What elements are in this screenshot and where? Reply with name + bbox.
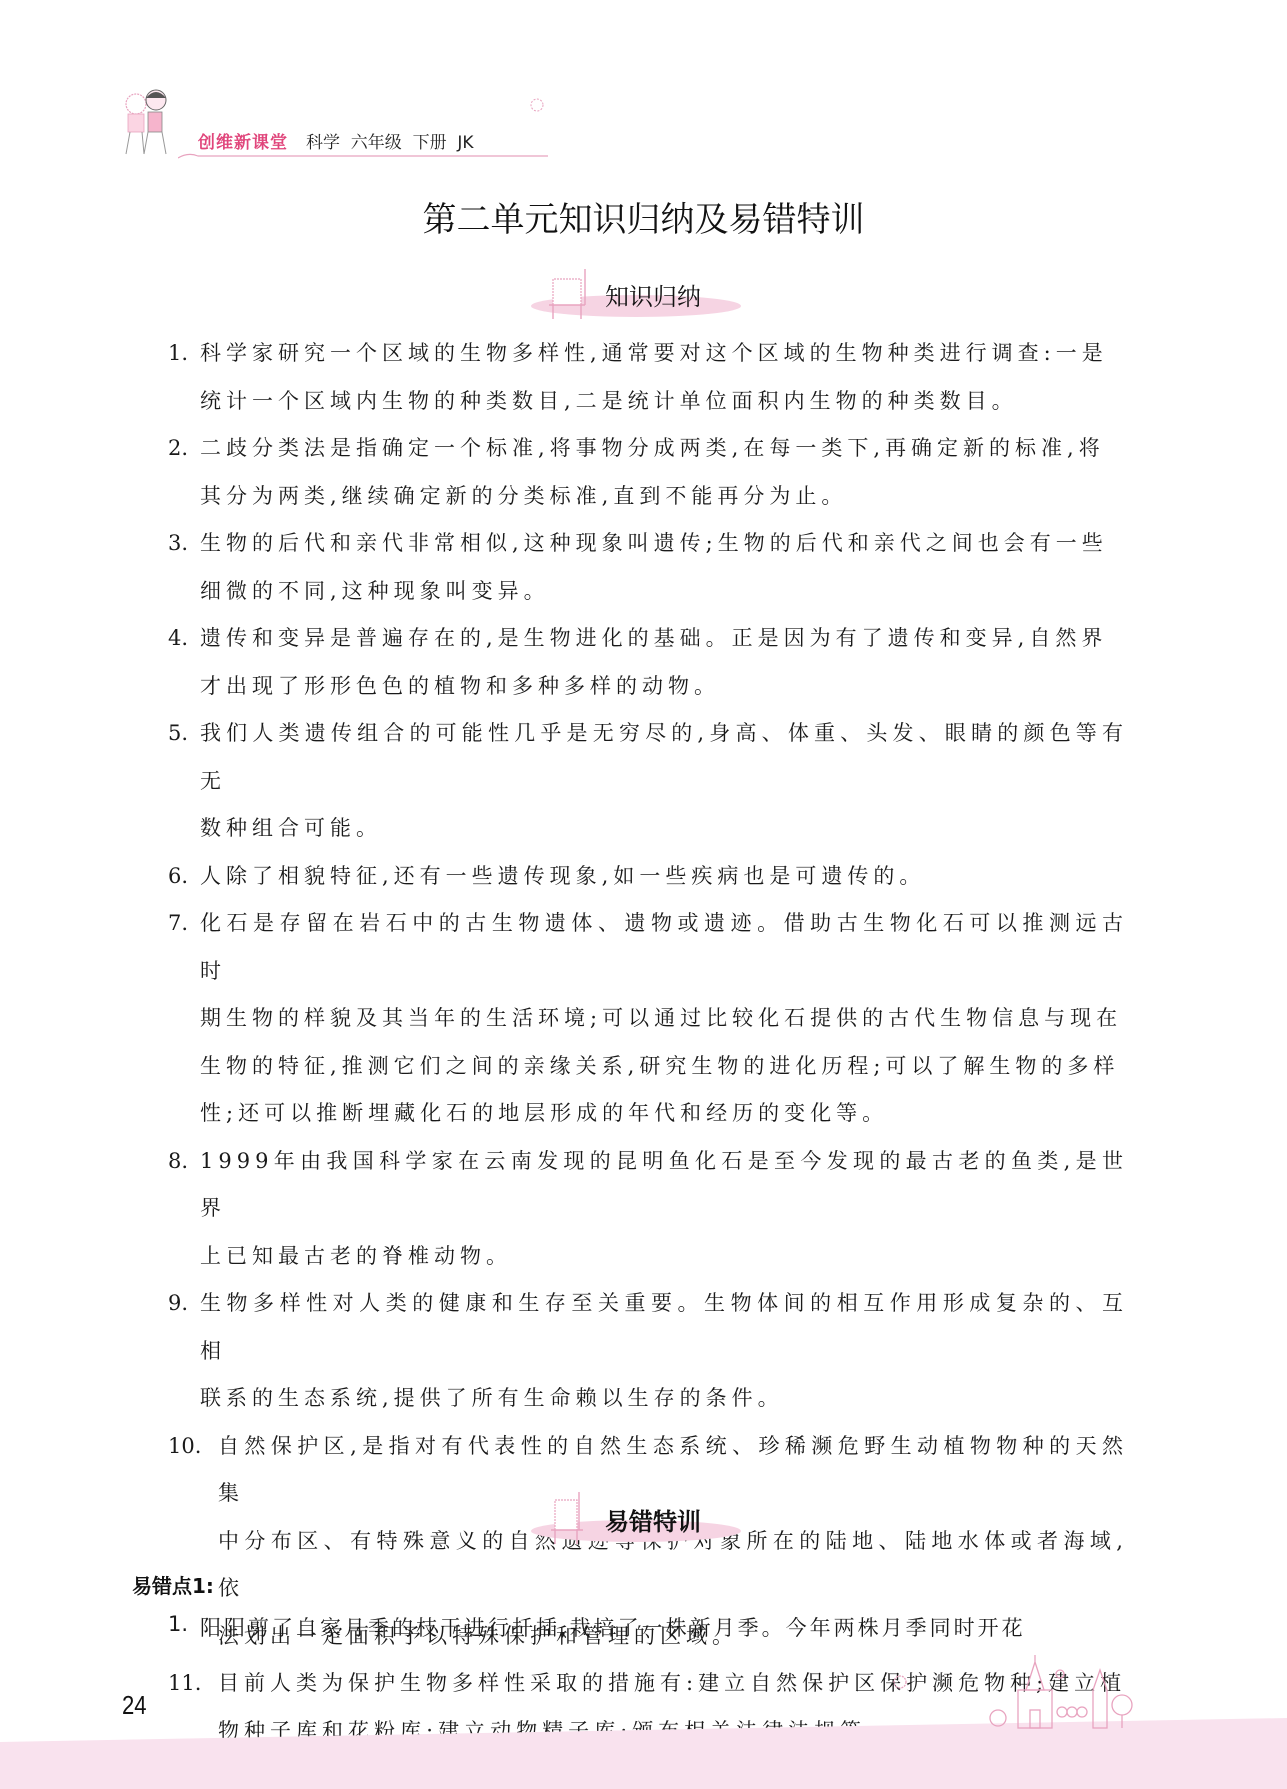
item-line: 联系的生态系统,提供了所有生命赖以生存的条件。 — [200, 1375, 1128, 1423]
list-item: 8. 1999年由我国科学家在云南发现的昆明鱼化石是至今发现的最古老的鱼类,是世… — [168, 1138, 1128, 1281]
book-header: 创维新课堂 科学 六年级 下册 JK — [118, 84, 578, 160]
item-number: 1. — [168, 330, 200, 425]
book-info: 科学 六年级 下册 JK — [306, 128, 474, 153]
item-line: 细微的不同,这种现象叫变异。 — [200, 568, 1128, 616]
item-line: 生物的后代和亲代非常相似,这种现象叫遗传;生物的后代和亲代之间也会有一些 — [200, 520, 1128, 568]
list-item: 5. 我们人类遗传组合的可能性几乎是无穷尽的,身高、体重、头发、眼睛的颜色等有无… — [168, 710, 1128, 853]
item-number: 8. — [168, 1138, 200, 1281]
page-number: 24 — [122, 1690, 147, 1721]
chair-illustration-icon — [543, 1490, 593, 1544]
item-line: 数种组合可能。 — [200, 805, 1128, 853]
item-number: 3. — [168, 520, 200, 615]
chair-illustration-icon — [543, 265, 593, 319]
item-line: 生物的特征,推测它们之间的亲缘关系,研究生物的进化历程;可以了解生物的多样 — [200, 1043, 1128, 1091]
section-badge-mistakes: 易错特训 — [525, 1490, 745, 1548]
item-line: 遗传和变异是普遍存在的,是生物进化的基础。正是因为有了遗传和变异,自然界 — [200, 615, 1128, 663]
list-item: 3. 生物的后代和亲代非常相似,这种现象叫遗传;生物的后代和亲代之间也会有一些细… — [168, 520, 1128, 615]
list-item: 2. 二歧分类法是指确定一个标准,将事物分成两类,在每一类下,再确定新的标准,将… — [168, 425, 1128, 520]
item-number: 5. — [168, 710, 200, 853]
mistake-point-heading: 易错点1: — [132, 1570, 214, 1599]
castle-illustration-icon — [890, 1650, 1170, 1730]
item-line: 我们人类遗传组合的可能性几乎是无穷尽的,身高、体重、头发、眼睛的颜色等有无 — [200, 710, 1128, 805]
section-title: 易错特训 — [605, 1502, 701, 1537]
list-item: 9. 生物多样性对人类的健康和生存至关重要。生物体间的相互作用形成复杂的、互相联… — [168, 1280, 1128, 1423]
flower-decoration-icon — [528, 96, 546, 114]
list-item: 1. 科学家研究一个区域的生物多样性,通常要对这个区域的生物种类进行调查:一是统… — [168, 330, 1128, 425]
question-item: 1. 阳阳剪了自家月季的枝干进行扦插,栽培了一株新月季。今年两株月季同时开花 — [168, 1612, 1128, 1642]
section-badge-knowledge: 知识归纳 — [525, 265, 745, 323]
brand-name: 创维新课堂 — [198, 128, 288, 153]
item-number: 9. — [168, 1280, 200, 1423]
item-line: 期生物的样貌及其当年的生活环境;可以通过比较化石提供的古代生物信息与现在 — [200, 995, 1128, 1043]
children-illustration-icon — [118, 84, 184, 160]
item-line: 才出现了形形色色的植物和多种多样的动物。 — [200, 663, 1128, 711]
list-item: 6. 人除了相貌特征,还有一些遗传现象,如一些疾病也是可遗传的。 — [168, 853, 1128, 901]
question-number: 1. — [168, 1612, 200, 1642]
section-title: 知识归纳 — [605, 277, 701, 312]
item-number: 7. — [168, 900, 200, 1138]
item-line: 统计一个区域内生物的种类数目,二是统计单位面积内生物的种类数目。 — [200, 378, 1128, 426]
item-number: 4. — [168, 615, 200, 710]
item-line: 上已知最古老的脊椎动物。 — [200, 1233, 1128, 1281]
list-item: 4. 遗传和变异是普遍存在的,是生物进化的基础。正是因为有了遗传和变异,自然界才… — [168, 615, 1128, 710]
item-number: 6. — [168, 853, 200, 901]
item-line: 人除了相貌特征,还有一些遗传现象,如一些疾病也是可遗传的。 — [200, 853, 1128, 901]
item-line: 二歧分类法是指确定一个标准,将事物分成两类,在每一类下,再确定新的标准,将 — [200, 425, 1128, 473]
item-line: 其分为两类,继续确定新的分类标准,直到不能再分为止。 — [200, 473, 1128, 521]
item-number: 2. — [168, 425, 200, 520]
header-underline — [178, 152, 548, 160]
page-title: 第二单元知识归纳及易错特训 — [0, 192, 1287, 241]
item-line: 科学家研究一个区域的生物多样性,通常要对这个区域的生物种类进行调查:一是 — [200, 330, 1128, 378]
question-text: 阳阳剪了自家月季的枝干进行扦插,栽培了一株新月季。今年两株月季同时开花 — [200, 1612, 1026, 1642]
item-line: 化石是存留在岩石中的古生物遗体、遗物或遗迹。借助古生物化石可以推测远古时 — [200, 900, 1128, 995]
item-line: 1999年由我国科学家在云南发现的昆明鱼化石是至今发现的最古老的鱼类,是世界 — [200, 1138, 1128, 1233]
list-item: 7. 化石是存留在岩石中的古生物遗体、遗物或遗迹。借助古生物化石可以推测远古时期… — [168, 900, 1128, 1138]
item-line: 性;还可以推断埋藏化石的地层形成的年代和经历的变化等。 — [200, 1090, 1128, 1138]
item-line: 生物多样性对人类的健康和生存至关重要。生物体间的相互作用形成复杂的、互相 — [200, 1280, 1128, 1375]
